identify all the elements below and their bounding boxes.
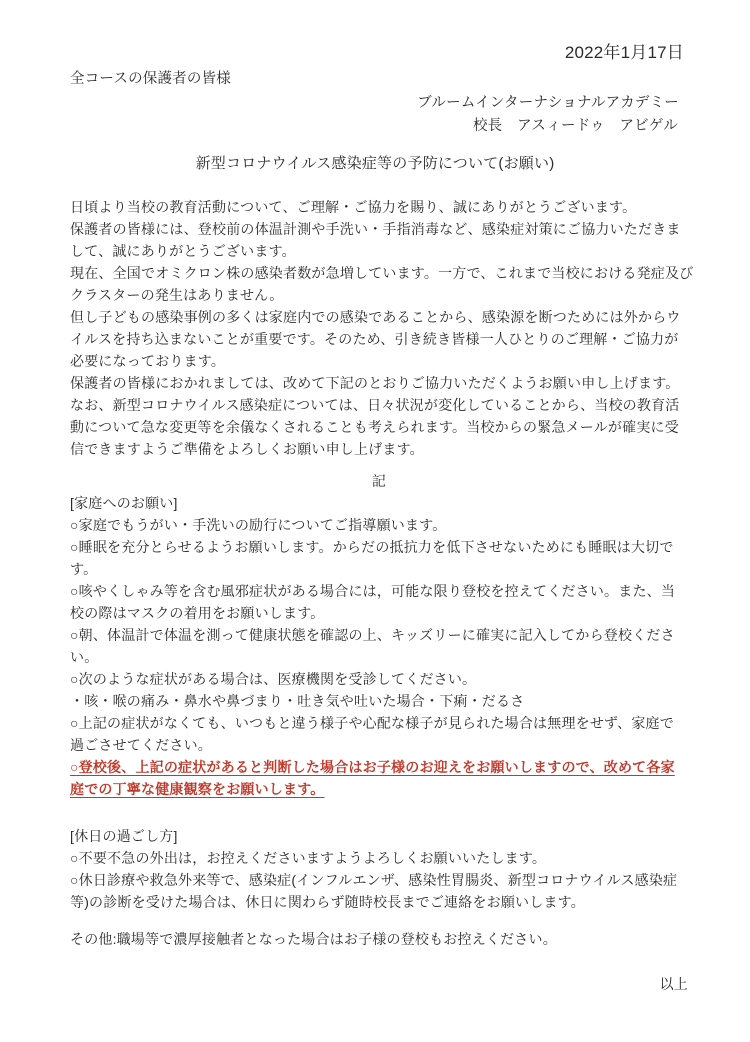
document-line: ○家庭でもうがい・手洗いの励行についてご指導願います。 — [70, 514, 688, 536]
document-line: ○休日診療や救急外来等で、感染症(インフルエンザ、感染性胃腸炎、新型コロナウイル… — [70, 869, 688, 891]
section-heading-home: [家庭へのお願い] — [70, 492, 688, 514]
document-line: ○次のような症状がある場合は、医療機関を受診してください。 — [70, 668, 688, 690]
record-marker: 記 — [70, 470, 688, 492]
document-line: 但し子どもの感染事例の多くは家庭内での感染であることから、感染源を断つためには外… — [70, 306, 688, 328]
emphasis-line: ○登校後、上記の症状があると判断した場合はお子様のお迎えをお願いしますので、改め… — [70, 756, 688, 778]
section-gap — [70, 950, 688, 973]
document-line: 日頃より当校の教育活動について、ご理解・ご協力を賜り、誠にありがとうございます。 — [70, 196, 688, 218]
document-line: 保護者の皆様におかれましては、改めて下記のとおりご協力いただくようお願い申し上げ… — [70, 372, 688, 394]
document-line: クラスターの発生はありません。 — [70, 284, 688, 306]
document-line: なお、新型コロナウイルス感染症については、日々状況が変化していることから、当校の… — [70, 394, 688, 416]
additional-note: その他:職場等で濃厚接触者となった場合はお子様の登校もお控えください。 — [70, 928, 688, 950]
document-line: い。 — [70, 646, 688, 668]
section-gap — [70, 800, 688, 825]
letter-page: 2022年1月17日 全コースの保護者の皆様 ブルームインターナショナルアカデミ… — [0, 0, 750, 1042]
section-gap — [70, 460, 688, 470]
document-line: して、誠にありがとうございます。 — [70, 240, 688, 262]
document-line: す。 — [70, 558, 688, 580]
document-line: 過ごさせてください。 — [70, 734, 688, 756]
document-line: 動について急な変更等を余儀なくされることも考えられます。当校からの緊急メールが確… — [70, 416, 688, 438]
letter-date: 2022年1月17日 — [565, 38, 684, 63]
document-line: 信できますようご準備をよろしくお願い申し上げます。 — [70, 438, 688, 460]
document-line: 現在、全国でオミクロン株の感染者数が急増しています。一方で、これまで当校における… — [70, 262, 688, 284]
letter-title: 新型コロナウイルス感染症等の予防について(お願い) — [0, 152, 750, 173]
document-line: 校の際はマスクの着用をお願いします。 — [70, 602, 688, 624]
section-gap — [70, 913, 688, 928]
letter-addressee: 全コースの保護者の皆様 — [70, 67, 231, 88]
document-line: ○上記の症状がなくても、いつもと違う様子や心配な様子が見られた場合は無理をせず、… — [70, 712, 688, 734]
document-line: ○睡眠を充分とらせるようお願いします。からだの抵抗力を低下させないためにも睡眠は… — [70, 536, 688, 558]
sender-principal: 校長 アスィードゥ アビゲル — [473, 114, 678, 135]
emphasis-line: 庭での丁寧な健康観察をお願いします。 — [70, 778, 688, 800]
document-line: ○不要不急の外出は，お控えくださいますようよろしくお願いいたします。 — [70, 847, 688, 869]
document-line: ○朝、体温計で体温を測って健康状態を確認の上、キッズリーに確実に記入してから登校… — [70, 624, 688, 646]
closing-label: 以上 — [70, 973, 688, 995]
document-line: 保護者の皆様には、登校前の体温計測や手洗い・手指消毒など、感染症対策にご協力いた… — [70, 218, 688, 240]
section-heading-holiday: [休日の過ごし方] — [70, 825, 688, 847]
document-line: 等)の診断を受けた場合は、休日に関わらず随時校長までご連絡をお願いします。 — [70, 891, 688, 913]
document-line: イルスを持ち込まないことが重要です。そのため、引き続き皆様一人ひとりのご理解・ご… — [70, 328, 688, 350]
document-line: ・咳・喉の痛み・鼻水や鼻づまり・吐き気や吐いた場合・下痢・だるさ — [70, 690, 688, 712]
letter-body: 日頃より当校の教育活動について、ご理解・ご協力を賜り、誠にありがとうございます。… — [70, 196, 688, 995]
document-line: 必要になっております。 — [70, 350, 688, 372]
sender-organization: ブルームインターナショナルアカデミー — [417, 91, 679, 112]
document-line: ○咳やくしゃみ等を含む風邪症状がある場合には，可能な限り登校を控えてください。ま… — [70, 580, 688, 602]
